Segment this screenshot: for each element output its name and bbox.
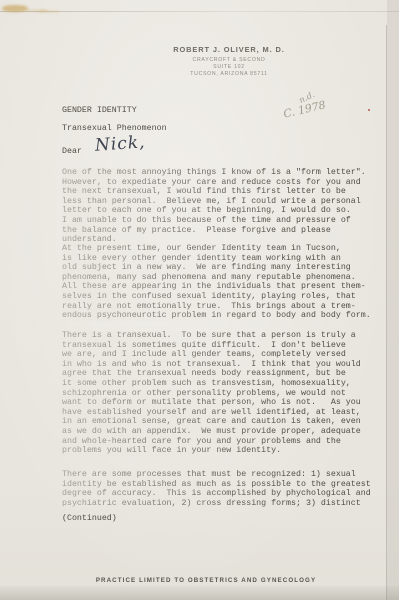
- salutation-handwritten-name: Nick,: [94, 132, 146, 155]
- letterhead-address-line-2: SUITE 102: [129, 64, 329, 71]
- body-paragraph-4: There are some processes that must be re…: [62, 470, 382, 508]
- paper-crease: [0, 11, 399, 12]
- scanned-letter: ROBERT J. OLIVER, M. D. CRAYCROFT & SECO…: [0, 0, 399, 600]
- letterhead-doctor-name: ROBERT J. OLIVER, M. D.: [129, 45, 329, 54]
- letterhead-address-line-3: TUCSON, ARIZONA 85711: [129, 71, 329, 78]
- tape-stain: [2, 5, 28, 12]
- body-paragraph-3: There is a transexual. To be sure that a…: [62, 331, 382, 456]
- footer-practice-note: PRACTICE LIMITED TO OBSTETRICS AND GYNEC…: [96, 577, 316, 584]
- letterhead: ROBERT J. OLIVER, M. D. CRAYCROFT & SECO…: [129, 45, 329, 78]
- body-paragraph-2: At the present time, our Gender Identity…: [62, 244, 382, 321]
- continued-note: (Continued): [62, 514, 382, 524]
- paper-bottom-shadow: [0, 586, 399, 600]
- letterhead-address-line-1: CRAYCROFT & SECOND: [129, 57, 329, 64]
- paper-right-shadow: [387, 0, 399, 600]
- subject-line-transexual-phenomenon: Transexual Phenomenon: [62, 124, 382, 134]
- subject-line-gender-identity: GENDER IDENTITY: [62, 106, 382, 116]
- body-paragraph-1: One of the most annoying things I know o…: [62, 168, 382, 245]
